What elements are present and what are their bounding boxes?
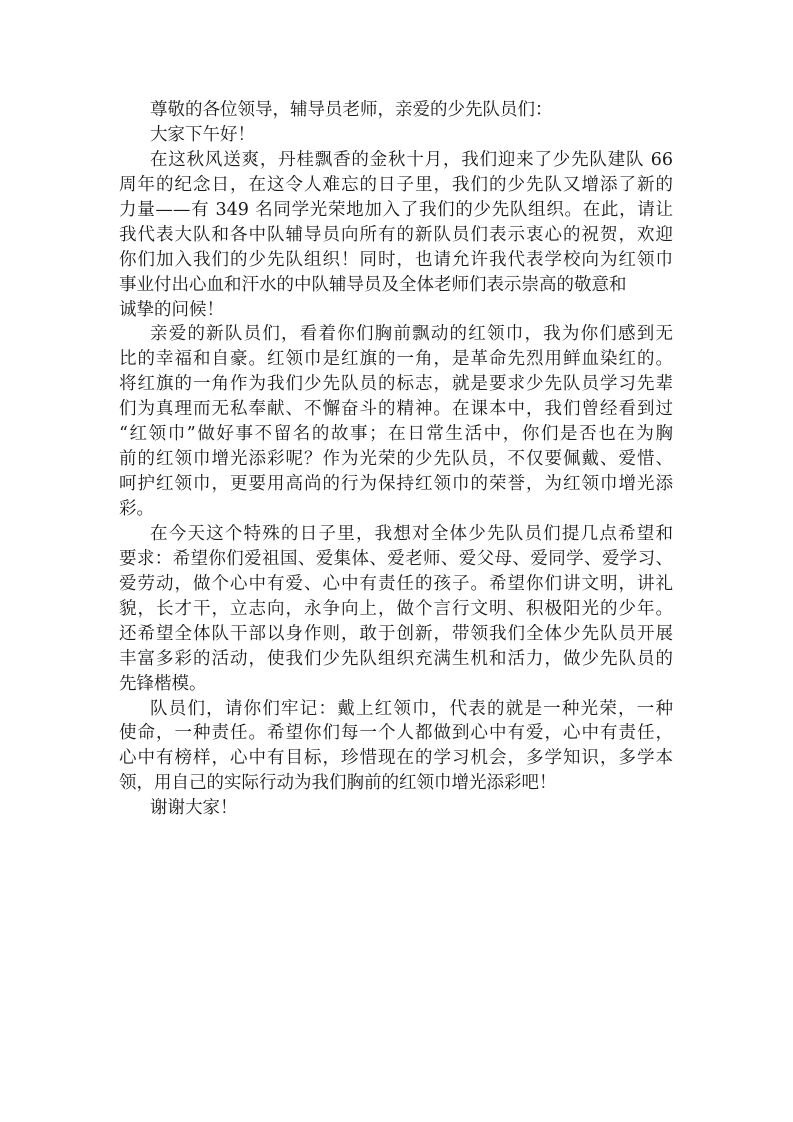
paragraph-line: 我代表大队和各中队辅导员向所有的新队员们表示衷心的祝贺，欢迎: [119, 223, 673, 248]
paragraph-line: 在这秋风送爽，丹桂飘香的金秋十月，我们迎来了少先队建队 66: [119, 148, 673, 173]
paragraph-line: 爱劳动，做个心中有爱、心中有责任的孩子。希望你们讲文明，讲礼: [119, 572, 673, 597]
greeting-line: 尊敬的各位领导，辅导员老师，亲爱的少先队员们：: [119, 98, 673, 123]
paragraph-line: 比的幸福和自豪。红领巾是红旗的一角，是革命先烈用鲜血染红的。: [119, 347, 673, 372]
paragraph-line: 领，用自己的实际行动为我们胸前的红领巾增光添彩吧！: [119, 771, 673, 796]
paragraph-line: 先锋楷模。: [119, 672, 673, 697]
paragraph-line: 诚挚的问候！: [119, 298, 673, 323]
paragraph-line: 周年的纪念日，在这令人难忘的日子里，我们的少先队又增添了新的: [119, 173, 673, 198]
paragraph-line: 力量——有 349 名同学光荣地加入了我们的少先队组织。在此，请让: [119, 198, 673, 223]
paragraph-3: 在今天这个特殊的日子里，我想对全体少先队员们提几点希望和 要求：希望你们爱祖国、…: [119, 522, 673, 697]
opening-line: 大家下午好！: [119, 123, 673, 148]
paragraph-line: 要求：希望你们爱祖国、爱集体、爱老师、爱父母、爱同学、爱学习、: [119, 547, 673, 572]
paragraph-line: 亲爱的新队员们，看着你们胸前飘动的红领巾，我为你们感到无: [119, 322, 673, 347]
paragraph-line: 们为真理而无私奉献、不懈奋斗的精神。在课本中，我们曾经看到过: [119, 397, 673, 422]
paragraph-line: “红领巾”做好事不留名的故事；在日常生活中，你们是否也在为胸: [119, 422, 673, 447]
paragraph-line: 在今天这个特殊的日子里，我想对全体少先队员们提几点希望和: [119, 522, 673, 547]
paragraph-line: 队员们，请你们牢记：戴上红领巾，代表的就是一种光荣，一种: [119, 697, 673, 722]
paragraph-line: 还希望全体队干部以身作则，敢于创新，带领我们全体少先队员开展: [119, 622, 673, 647]
paragraph-4: 队员们，请你们牢记：戴上红领巾，代表的就是一种光荣，一种 使命，一种责任。希望你…: [119, 697, 673, 797]
paragraph-line: 心中有榜样，心中有目标，珍惜现在的学习机会，多学知识，多学本: [119, 746, 673, 771]
paragraph-line: 前的红领巾增光添彩呢？作为光荣的少先队员，不仅要佩戴、爱惜、: [119, 447, 673, 472]
paragraph-1: 在这秋风送爽，丹桂飘香的金秋十月，我们迎来了少先队建队 66 周年的纪念日，在这…: [119, 148, 673, 323]
paragraph-line: 将红旗的一角作为我们少先队员的标志，就是要求少先队员学习先辈: [119, 372, 673, 397]
speech-body: 尊敬的各位领导，辅导员老师，亲爱的少先队员们： 大家下午好！ 在这秋风送爽，丹桂…: [119, 98, 673, 821]
document-page: 尊敬的各位领导，辅导员老师，亲爱的少先队员们： 大家下午好！ 在这秋风送爽，丹桂…: [0, 0, 793, 1122]
paragraph-line: 彩。: [119, 497, 673, 522]
paragraph-line: 使命，一种责任。希望你们每一个人都做到心中有爱，心中有责任，: [119, 721, 673, 746]
paragraph-line: 貌，长才干，立志向，永争向上，做个言行文明、积极阳光的少年。: [119, 597, 673, 622]
closing-line: 谢谢大家！: [119, 796, 673, 821]
paragraph-line: 丰富多彩的活动，使我们少先队组织充满生机和活力，做少先队员的: [119, 647, 673, 672]
paragraph-line: 你们加入我们的少先队组织！同时，也请允许我代表学校向为红领巾: [119, 248, 673, 273]
paragraph-line: 事业付出心血和汗水的中队辅导员及全体老师们表示崇高的敬意和: [119, 273, 673, 298]
paragraph-2: 亲爱的新队员们，看着你们胸前飘动的红领巾，我为你们感到无 比的幸福和自豪。红领巾…: [119, 322, 673, 522]
paragraph-line: 呵护红领巾，更要用高尚的行为保持红领巾的荣誉，为红领巾增光添: [119, 472, 673, 497]
